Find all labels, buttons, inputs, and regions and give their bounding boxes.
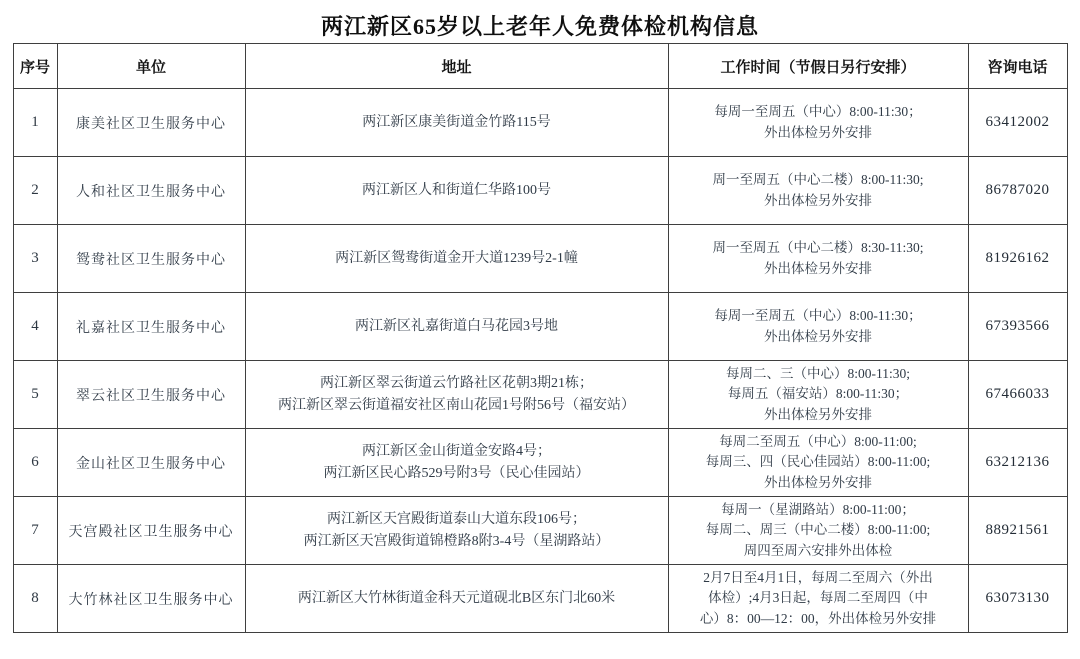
phone-cell: 81926162 (968, 225, 1067, 293)
table-row: 4 礼嘉社区卫生服务中心 两江新区礼嘉街道白马花园3号地 每周一至周五（中心）8… (13, 293, 1067, 361)
row-number: 5 (13, 361, 57, 429)
table-header-row: 序号 单位 地址 工作时间（节假日另行安排） 咨询电话 (13, 44, 1067, 89)
row-number: 1 (13, 89, 57, 157)
phone-cell: 67393566 (968, 293, 1067, 361)
table-row: 1 康美社区卫生服务中心 两江新区康美街道金竹路115号 每周一至周五（中心）8… (13, 89, 1067, 157)
unit-cell: 礼嘉社区卫生服务中心 (57, 293, 245, 361)
table-row: 8 大竹林社区卫生服务中心 两江新区大竹林街道金科天元道砚北B区东门北60米 2… (13, 565, 1067, 633)
worktime-cell: 每周一（星湖路站）8:00-11:00； 每周二、周三（中心二楼）8:00-11… (668, 497, 968, 565)
address-cell: 两江新区大竹林街道金科天元道砚北B区东门北60米 (245, 565, 668, 633)
unit-cell: 天宫殿社区卫生服务中心 (57, 497, 245, 565)
header-unit: 单位 (57, 44, 245, 89)
unit-cell: 人和社区卫生服务中心 (57, 157, 245, 225)
row-number: 7 (13, 497, 57, 565)
header-phone: 咨询电话 (968, 44, 1067, 89)
table-row: 6 金山社区卫生服务中心 两江新区金山街道金安路4号； 两江新区民心路529号附… (13, 429, 1067, 497)
phone-cell: 63212136 (968, 429, 1067, 497)
address-cell: 两江新区康美街道金竹路115号 (245, 89, 668, 157)
header-address: 地址 (245, 44, 668, 89)
row-number: 3 (13, 225, 57, 293)
header-no: 序号 (13, 44, 57, 89)
phone-cell: 86787020 (968, 157, 1067, 225)
table-row: 7 天宫殿社区卫生服务中心 两江新区天宫殿街道泰山大道东段106号； 两江新区天… (13, 497, 1067, 565)
worktime-cell: 2月7日至4月1日，每周二至周六（外出 体检）;4月3日起，每周二至周四（中 心… (668, 565, 968, 633)
address-cell: 两江新区鸳鸯街道金开大道1239号2-1幢 (245, 225, 668, 293)
table-row: 5 翠云社区卫生服务中心 两江新区翠云街道云竹路社区花朝3期21栋； 两江新区翠… (13, 361, 1067, 429)
phone-cell: 88921561 (968, 497, 1067, 565)
worktime-cell: 每周一至周五（中心）8:00-11:30； 外出体检另外安排 (668, 293, 968, 361)
unit-cell: 鸳鸯社区卫生服务中心 (57, 225, 245, 293)
clinic-info-table: 序号 单位 地址 工作时间（节假日另行安排） 咨询电话 1 康美社区卫生服务中心… (13, 43, 1068, 633)
unit-cell: 康美社区卫生服务中心 (57, 89, 245, 157)
row-number: 4 (13, 293, 57, 361)
worktime-cell: 每周一至周五（中心）8:00-11:30； 外出体检另外安排 (668, 89, 968, 157)
row-number: 2 (13, 157, 57, 225)
worktime-cell: 每周二至周五（中心）8:00-11:00; 每周三、四（民心佳园站）8:00-1… (668, 429, 968, 497)
address-cell: 两江新区礼嘉街道白马花园3号地 (245, 293, 668, 361)
table-row: 3 鸳鸯社区卫生服务中心 两江新区鸳鸯街道金开大道1239号2-1幢 周一至周五… (13, 225, 1067, 293)
unit-cell: 翠云社区卫生服务中心 (57, 361, 245, 429)
address-cell: 两江新区翠云街道云竹路社区花朝3期21栋； 两江新区翠云街道福安社区南山花园1号… (245, 361, 668, 429)
worktime-cell: 周一至周五（中心二楼）8:30-11:30; 外出体检另外安排 (668, 225, 968, 293)
table-row: 2 人和社区卫生服务中心 两江新区人和街道仁华路100号 周一至周五（中心二楼）… (13, 157, 1067, 225)
unit-cell: 大竹林社区卫生服务中心 (57, 565, 245, 633)
header-worktime: 工作时间（节假日另行安排） (668, 44, 968, 89)
phone-cell: 63412002 (968, 89, 1067, 157)
phone-cell: 63073130 (968, 565, 1067, 633)
row-number: 8 (13, 565, 57, 633)
page-container: 两江新区65岁以上老年人免费体检机构信息 序号 单位 地址 工作时间（节假日另行… (0, 0, 1080, 659)
worktime-cell: 周一至周五（中心二楼）8:00-11:30; 外出体检另外安排 (668, 157, 968, 225)
address-cell: 两江新区金山街道金安路4号； 两江新区民心路529号附3号（民心佳园站） (245, 429, 668, 497)
unit-cell: 金山社区卫生服务中心 (57, 429, 245, 497)
worktime-cell: 每周二、三（中心）8:00-11:30; 每周五（福安站）8:00-11:30；… (668, 361, 968, 429)
address-cell: 两江新区人和街道仁华路100号 (245, 157, 668, 225)
row-number: 6 (13, 429, 57, 497)
page-title: 两江新区65岁以上老年人免费体检机构信息 (0, 0, 1080, 40)
address-cell: 两江新区天宫殿街道泰山大道东段106号； 两江新区天宫殿街道锦橙路8附3-4号（… (245, 497, 668, 565)
phone-cell: 67466033 (968, 361, 1067, 429)
